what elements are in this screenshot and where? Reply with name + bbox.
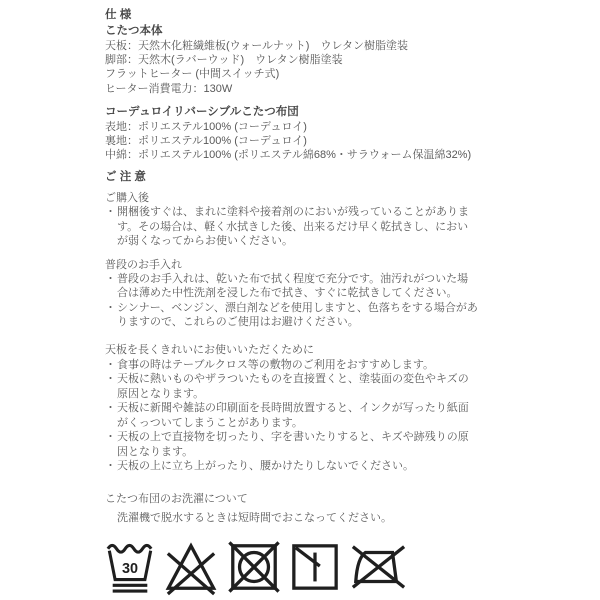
bullet-marker: ・	[105, 430, 117, 459]
spec-line: 中綿：ポリエステル100% (ポリエステル綿68%・サラウォーム保温綿32%)	[105, 148, 479, 162]
spec-line: 表地：ポリエステル100% (コーデュロイ)	[105, 120, 479, 134]
bullet-item: ・ シンナー、ベンジン、漂白剤などを使用しますと、色落ちをする場合がありますので…	[105, 301, 479, 330]
sub-heading-daily-care: 普段のお手入れ	[105, 258, 479, 272]
section-heading-caution: ご 注 意	[105, 170, 479, 185]
line-dry-in-shade-icon	[290, 539, 340, 595]
bullet-marker: ・	[105, 272, 117, 301]
section-heading-tabletop: 天板を長くきれいにお使いいただくために	[105, 343, 479, 358]
care-symbols-row: 30	[105, 539, 479, 597]
section-heading-washing: こたつ布団のお洗濯について	[105, 492, 479, 507]
bullet-marker: ・	[105, 372, 117, 401]
spec-line: 裏地：ポリエステル100% (コーデュロイ)	[105, 134, 479, 148]
bullet-text: 食事の時はテーブルクロス等の敷物のご利用をおすすめします。	[117, 358, 479, 373]
bullet-text: 開梱後すぐは、まれに塗料や接着剤のにおいが残っていることがあります。その場合は、…	[117, 205, 479, 249]
bullet-item: ・ 天板の上に立ち上がったり、腰かけたりしないでください。	[105, 459, 479, 474]
spec-line: 天板：天然木化粧繊維板(ウォールナット) ウレタン樹脂塗装	[105, 39, 479, 53]
bullet-text: シンナー、ベンジン、漂白剤などを使用しますと、色落ちをする場合がありますので、こ…	[117, 301, 479, 330]
bullet-item: ・ 天板に新聞や雑誌の印刷面を長時間放置すると、インクが写ったり紙面がくっついて…	[105, 401, 479, 430]
do-not-tumble-dry-icon	[227, 539, 281, 595]
wash-30-very-gentle-icon: 30	[105, 539, 155, 597]
bullet-item: ・ 開梱後すぐは、まれに塗料や接着剤のにおいが残っていることがあります。その場合…	[105, 205, 479, 249]
do-not-iron-icon	[349, 539, 407, 595]
bullet-marker: ・	[105, 301, 117, 330]
spec-document: 仕 様 こたつ本体 天板：天然木化粧繊維板(ウォールナット) ウレタン樹脂塗装 …	[105, 8, 479, 597]
bullet-item: ・ 天板に熱いものやザラついたものを直接置くと、塗装面の変色やキズの原因となりま…	[105, 372, 479, 401]
bullet-text: 普段のお手入れは、乾いた布で拭く程度で充分です。油汚れがついた場合は薄めた中性洗…	[117, 272, 479, 301]
bullet-text: 天板に新聞や雑誌の印刷面を長時間放置すると、インクが写ったり紙面がくっついてしま…	[117, 401, 479, 430]
bullet-item: ・ 天板の上で直接物を切ったり、字を書いたりすると、キズや跡残りの原因となります…	[105, 430, 479, 459]
bullet-text: 天板の上に立ち上がったり、腰かけたりしないでください。	[117, 459, 479, 474]
section-heading-futon: コーデュロイリバーシブルこたつ布団	[105, 105, 479, 120]
bullet-marker: ・	[105, 358, 117, 373]
bullet-marker: ・	[105, 459, 117, 474]
do-not-bleach-icon	[164, 539, 218, 597]
spec-line: 脚部：天然木(ラバーウッド) ウレタン樹脂塗装	[105, 53, 479, 67]
spec-line: ヒーター消費電力：130W	[105, 82, 479, 96]
wash-temperature-label: 30	[122, 561, 138, 577]
bullet-text: 天板の上で直接物を切ったり、字を書いたりすると、キズや跡残りの原因となります。	[117, 430, 479, 459]
page-title: 仕 様	[105, 8, 479, 23]
section-heading-kotatsu-body: こたつ本体	[105, 24, 479, 39]
bullet-item: ・ 食事の時はテーブルクロス等の敷物のご利用をおすすめします。	[105, 358, 479, 373]
washing-note: 洗濯機で脱水するときは短時間でおこなってください。	[105, 511, 479, 525]
bullet-marker: ・	[105, 205, 117, 249]
bullet-text: 天板に熱いものやザラついたものを直接置くと、塗装面の変色やキズの原因となります。	[117, 372, 479, 401]
bullet-item: ・ 普段のお手入れは、乾いた布で拭く程度で充分です。油汚れがついた場合は薄めた中…	[105, 272, 479, 301]
sub-heading-after-purchase: ご購入後	[105, 191, 479, 205]
bullet-marker: ・	[105, 401, 117, 430]
spec-line: フラットヒーター (中間スイッチ式)	[105, 67, 479, 81]
